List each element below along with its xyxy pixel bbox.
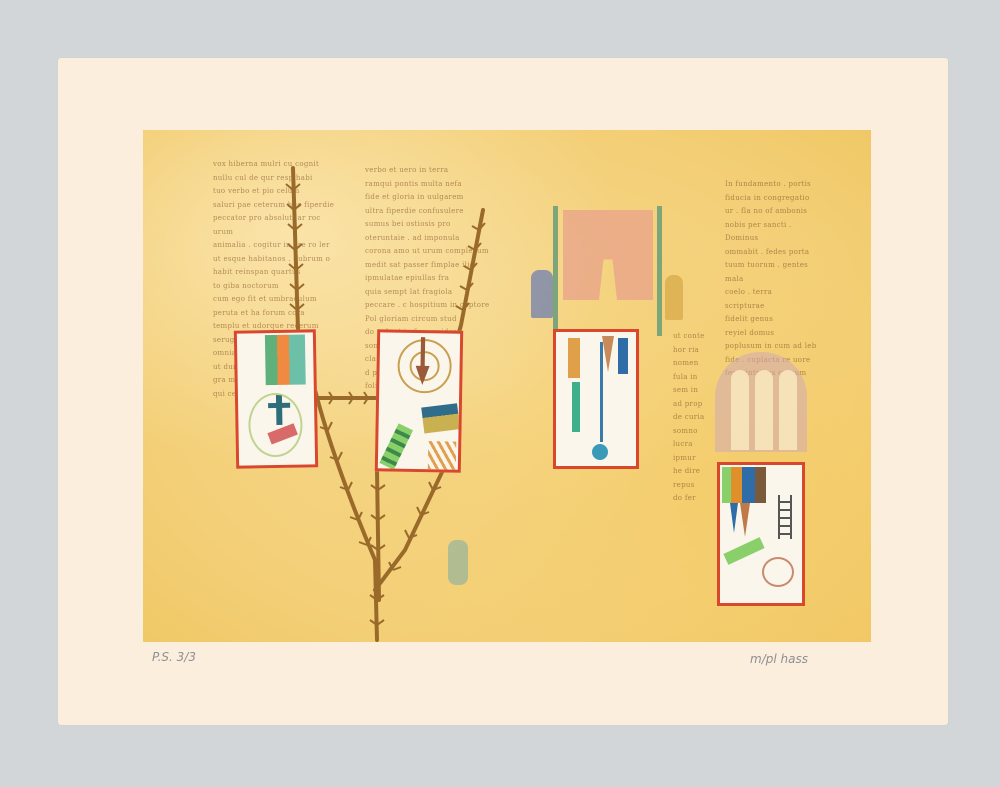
ladder-panel — [717, 462, 805, 606]
tree-icon — [600, 342, 603, 442]
swirl-lines — [248, 393, 303, 458]
spiral-arrow-panel — [375, 329, 463, 472]
green-leaf — [723, 537, 764, 565]
orange-block — [568, 338, 580, 378]
teal-block — [421, 403, 460, 433]
striped-column — [379, 423, 413, 470]
cross-icon-blue — [618, 338, 628, 374]
edition-mark: P.S. 3/3 — [152, 650, 196, 664]
spike-shape — [602, 336, 614, 372]
orange-strokes — [428, 441, 456, 469]
head-icon — [592, 444, 608, 460]
spike-blue — [730, 503, 738, 533]
green-bar — [572, 382, 580, 432]
spike-brown — [740, 503, 750, 537]
color-block — [265, 334, 306, 385]
color-stripes — [722, 467, 766, 503]
red-motif — [762, 557, 794, 587]
cross-panel — [234, 329, 318, 468]
tree-panel — [553, 329, 639, 469]
print-plate: vox hiberna mulri cu cognit nullu cul de… — [143, 130, 871, 642]
artist-signature: m/pl hass — [750, 652, 808, 666]
ladder-icon — [778, 495, 792, 539]
